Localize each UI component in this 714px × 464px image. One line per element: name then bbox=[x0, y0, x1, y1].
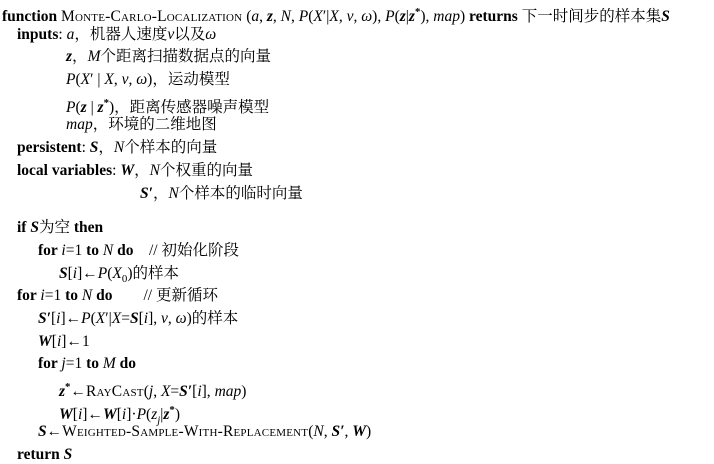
code-segment: Monte-Carlo-Localization bbox=[61, 8, 242, 25]
code-segment: )的样本 bbox=[187, 310, 239, 327]
code-line-15: W[i]←1 bbox=[0, 331, 714, 354]
code-segment: 下一时间步的样本集 bbox=[522, 8, 662, 25]
code-line-16: for j=1 to M do bbox=[0, 353, 714, 376]
code-segment: local variables bbox=[17, 162, 112, 179]
code-segment: ， bbox=[134, 162, 150, 179]
code-segment: N bbox=[82, 287, 92, 304]
code-segment: to bbox=[86, 242, 103, 259]
code-line-13: for i=1 to N do // 更新循环 bbox=[0, 285, 714, 308]
code-segment: ，环境的二维地图 bbox=[93, 116, 217, 133]
code-segment: ], bbox=[202, 383, 215, 400]
code-segment: ]← bbox=[82, 406, 103, 423]
code-segment: do bbox=[120, 355, 136, 372]
code-segment: X bbox=[161, 383, 170, 400]
code-segment: S bbox=[59, 265, 68, 282]
code-segment: ]← bbox=[60, 310, 81, 327]
code-segment: ) bbox=[241, 383, 246, 400]
code-segment: , bbox=[291, 8, 299, 25]
code-segment: =1 bbox=[66, 242, 86, 259]
code-segment: ω bbox=[205, 26, 216, 43]
code-segment: X bbox=[96, 310, 105, 327]
code-segment: ]← bbox=[77, 265, 98, 282]
code-segment: N bbox=[114, 139, 124, 156]
code-segment: ， bbox=[98, 139, 114, 156]
code-segment: X bbox=[81, 71, 90, 88]
code-segment: ， bbox=[72, 48, 88, 65]
code-segment: returns bbox=[469, 8, 522, 25]
code-segment: 以及 bbox=[174, 26, 205, 43]
code-segment: = bbox=[170, 383, 179, 400]
code-segment: N bbox=[313, 423, 323, 440]
code-segment: P bbox=[385, 8, 394, 25]
code-segment: S bbox=[30, 219, 39, 236]
code-segment: Weighted-Sample-With-Replacement bbox=[62, 423, 308, 440]
code-segment: ]· bbox=[126, 406, 136, 423]
code-segment: S′ bbox=[331, 423, 344, 440]
code-segment: ), bbox=[372, 8, 385, 25]
code-line-20: return S bbox=[0, 444, 714, 464]
code-segment: , bbox=[114, 71, 122, 88]
code-segment: a bbox=[251, 8, 259, 25]
code-segment: =1 bbox=[45, 287, 65, 304]
code-segment: ← bbox=[70, 383, 86, 400]
code-segment: 为空 bbox=[39, 219, 74, 236]
code-segment: S bbox=[64, 446, 73, 463]
code-segment: inputs bbox=[17, 26, 58, 43]
code-segment: to bbox=[65, 287, 82, 304]
code-segment: M bbox=[103, 355, 116, 372]
code-segment: ，机器人速度 bbox=[74, 26, 167, 43]
code-segment: , bbox=[153, 383, 161, 400]
code-segment: W bbox=[103, 406, 117, 423]
code-segment: ′ | bbox=[90, 71, 104, 88]
code-segment: S′ bbox=[140, 185, 153, 202]
code-segment: 个权重的向量 bbox=[160, 162, 253, 179]
code-segment: , bbox=[259, 8, 267, 25]
code-segment: S bbox=[661, 8, 670, 25]
code-line-8: local variables: W，N个权重的向量 bbox=[0, 160, 714, 183]
code-segment: W bbox=[352, 423, 366, 440]
code-segment: S′ bbox=[179, 383, 192, 400]
code-line-2: inputs: a，机器人速度v以及ω bbox=[0, 24, 714, 47]
code-segment: )，距离传感器噪声模型 bbox=[109, 99, 269, 116]
code-segment: RayCast bbox=[86, 383, 144, 400]
code-line-18: W[i]←W[i]·P(zj|z*) bbox=[0, 399, 714, 422]
code-line-11: for i=1 to N do // 初始化阶段 bbox=[0, 240, 714, 263]
code-segment: 个样本的临时向量 bbox=[179, 185, 303, 202]
code-segment: for bbox=[38, 242, 61, 259]
code-segment: map bbox=[66, 116, 93, 133]
code-segment: ], bbox=[148, 310, 161, 327]
code-line-7: persistent: S，N个样本的向量 bbox=[0, 137, 714, 160]
code-line-10: if S为空 then bbox=[0, 217, 714, 240]
code-segment: X bbox=[104, 71, 113, 88]
code-line-9: S′，N个样本的临时向量 bbox=[0, 183, 714, 206]
code-segment: N bbox=[281, 8, 291, 25]
code-segment: W bbox=[38, 333, 52, 350]
code-segment: )，运动模型 bbox=[147, 71, 230, 88]
code-segment: to bbox=[86, 355, 103, 372]
code-segment: , bbox=[339, 8, 347, 25]
code-segment: map bbox=[433, 8, 460, 25]
code-line-6: map，环境的二维地图 bbox=[0, 114, 714, 137]
code-segment: ]←1 bbox=[61, 333, 89, 350]
code-segment: ， bbox=[153, 185, 169, 202]
pseudocode: function Monte-Carlo-Localization (a, z,… bbox=[0, 0, 714, 464]
code-line-19: S←Weighted-Sample-With-Replacement(N, S′… bbox=[0, 421, 714, 444]
code-segment: N bbox=[169, 185, 179, 202]
code-segment: ω bbox=[176, 310, 187, 327]
algorithm-figure: function Monte-Carlo-Localization (a, z,… bbox=[0, 0, 714, 464]
code-segment: ) bbox=[175, 406, 180, 423]
code-segment: 个距离扫描数据点的向量 bbox=[100, 48, 271, 65]
code-segment: for bbox=[38, 355, 61, 372]
code-segment: , bbox=[168, 310, 176, 327]
code-segment: P bbox=[98, 265, 107, 282]
code-line-1: function Monte-Carlo-Localization (a, z,… bbox=[0, 1, 714, 24]
code-segment: for bbox=[17, 287, 40, 304]
code-line-17: z*←RayCast(j, X=S′[i], map) bbox=[0, 376, 714, 399]
code-segment: return bbox=[17, 446, 64, 463]
code-segment: X bbox=[313, 8, 322, 25]
code-segment: ), bbox=[420, 8, 433, 25]
code-segment: 个样本的向量 bbox=[124, 139, 217, 156]
code-segment: X bbox=[112, 310, 121, 327]
code-segment: if bbox=[17, 219, 30, 236]
code-segment: )的样本 bbox=[127, 265, 179, 282]
code-segment: : bbox=[82, 139, 90, 156]
code-segment: P bbox=[81, 310, 90, 327]
code-segment: S bbox=[130, 310, 139, 327]
code-line-5: P(z | z*)，距离传感器噪声模型 bbox=[0, 92, 714, 115]
code-segment: W bbox=[59, 406, 73, 423]
code-segment: | bbox=[87, 99, 98, 116]
code-segment: S′ bbox=[38, 310, 51, 327]
code-line-14: S′[i]←P(X′|X=S[i], v, ω)的样本 bbox=[0, 308, 714, 331]
code-segment: ) bbox=[366, 423, 371, 440]
code-segment: X bbox=[112, 265, 121, 282]
code-segment: persistent bbox=[17, 139, 82, 156]
code-segment: function bbox=[2, 8, 61, 25]
code-line-3: z，M个距离扫描数据点的向量 bbox=[0, 46, 714, 69]
code-segment: ω bbox=[361, 8, 372, 25]
code-segment: = bbox=[121, 310, 130, 327]
code-segment: X bbox=[329, 8, 338, 25]
code-segment: do bbox=[96, 287, 112, 304]
code-segment: , bbox=[273, 8, 281, 25]
code-segment: map bbox=[215, 383, 242, 400]
code-line-4: P(X′ | X, v, ω)，运动模型 bbox=[0, 69, 714, 92]
code-segment: : bbox=[58, 26, 66, 43]
code-segment: N bbox=[103, 242, 113, 259]
code-segment: ) bbox=[460, 8, 469, 25]
code-segment: // 初始化阶段 bbox=[133, 242, 239, 259]
code-segment: S bbox=[38, 423, 47, 440]
code-segment: ( bbox=[242, 8, 251, 25]
code-segment: // 更新循环 bbox=[112, 287, 218, 304]
code-segment: W bbox=[120, 162, 134, 179]
code-segment: P bbox=[137, 406, 146, 423]
code-segment: do bbox=[117, 242, 133, 259]
code-segment: ← bbox=[47, 423, 63, 440]
code-segment: v bbox=[161, 310, 168, 327]
code-segment: P bbox=[299, 8, 308, 25]
code-line-12: S[i]←P(X0)的样本 bbox=[0, 263, 714, 286]
code-segment: =1 bbox=[66, 355, 86, 372]
code-segment: then bbox=[74, 219, 103, 236]
code-segment: ω bbox=[136, 71, 147, 88]
code-segment: M bbox=[88, 48, 101, 65]
code-segment: N bbox=[150, 162, 160, 179]
